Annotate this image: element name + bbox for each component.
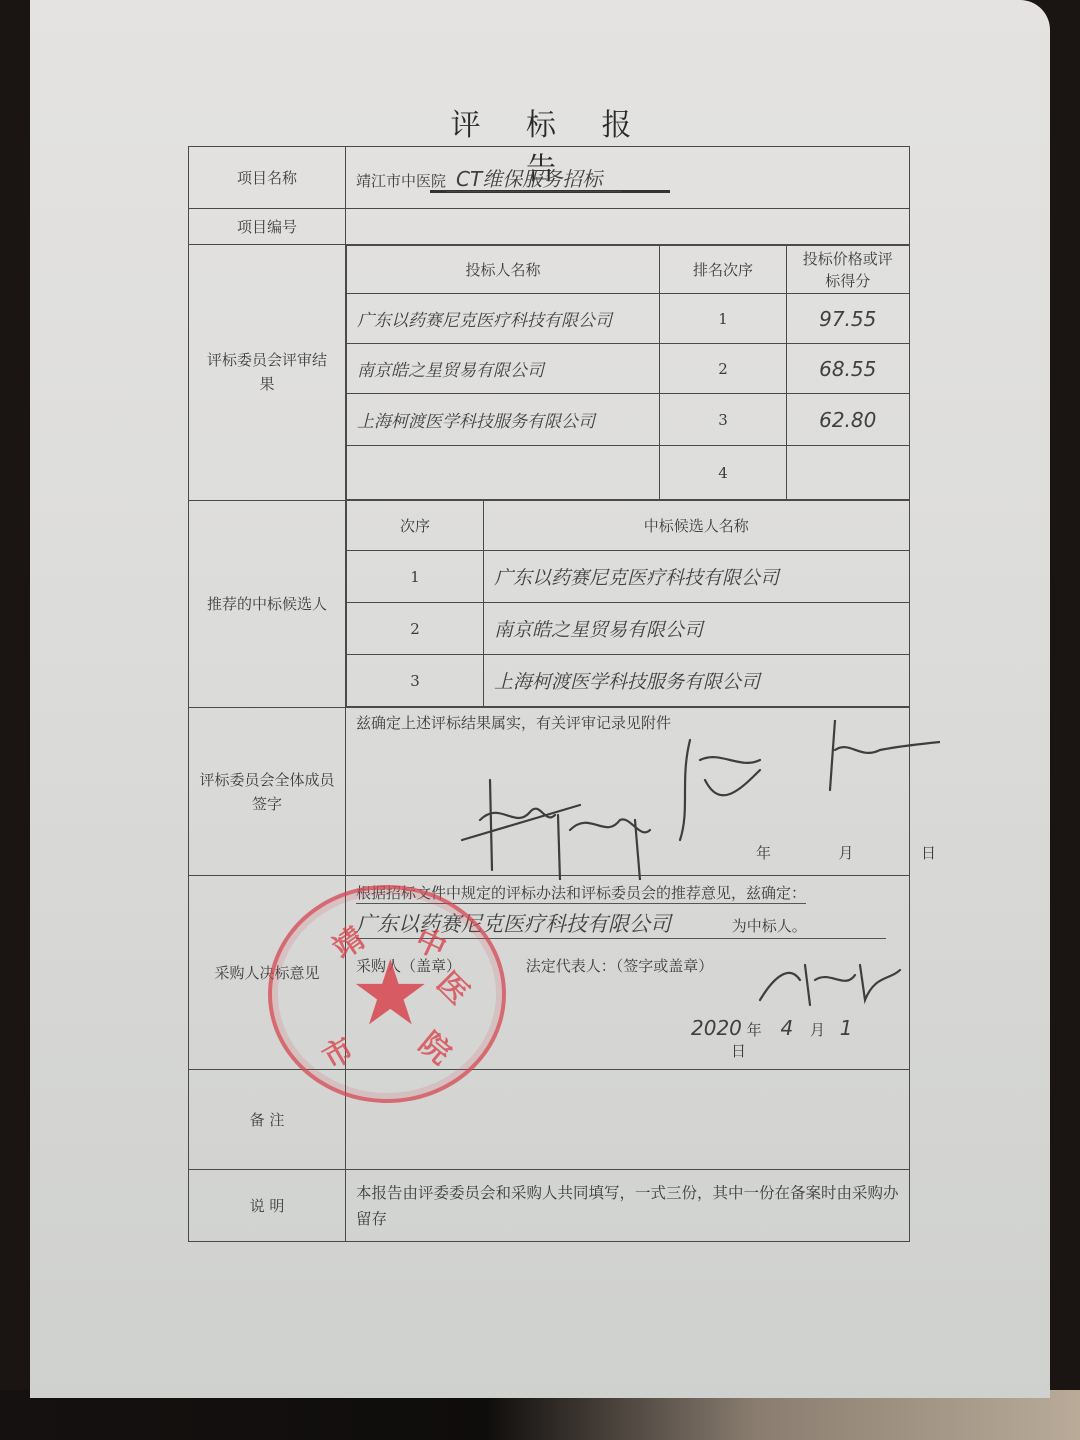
candidate-row: 1 广东以药赛尼克医疗科技有限公司 [347, 551, 910, 603]
project-number-row: 项目编号 [189, 209, 910, 245]
candidate-row: 3 上海柯渡医学科技服务有限公司 [347, 655, 910, 707]
seal-char: 医 [429, 960, 481, 1012]
candidate-name: 上海柯渡医学科技服务有限公司 [484, 655, 910, 707]
candidate-name: 广东以药赛尼克医疗科技有限公司 [484, 551, 910, 603]
evaluation-row: 4 [347, 446, 910, 500]
bidder-score: 97.55 [787, 294, 910, 344]
bidder-name: 南京皓之星贸易有限公司 [347, 344, 660, 394]
legal-rep-label: 法定代表人：（签字或盖章） [526, 957, 714, 975]
header-candidate-name: 中标候选人名称 [484, 501, 910, 551]
project-number-label: 项目编号 [189, 209, 346, 245]
evaluation-results-table: 投标人名称 排名次序 投标价格或评标得分 广东以药赛尼克医疗科技有限公司 1 9… [346, 245, 910, 500]
bidder-rank: 4 [660, 446, 787, 500]
project-number-field [346, 209, 910, 245]
legal-rep-signature [755, 955, 905, 1015]
notes-text: 本报告由评委委员会和采购人共同填写，一式三份，其中一份在备案时由采购办留存 [346, 1170, 910, 1242]
candidate-order: 2 [347, 603, 484, 655]
header-order: 次序 [347, 501, 484, 551]
bidder-rank: 2 [660, 344, 787, 394]
bidder-name [347, 446, 660, 500]
bidder-rank: 1 [660, 294, 787, 344]
header-score: 投标价格或评标得分 [787, 246, 910, 294]
seal-star-icon: ★ [350, 949, 431, 1039]
project-name-row: 项目名称 靖江市中医院CT维保服务招标 [189, 147, 910, 209]
evaluation-results-label: 评标委员会评审结果 [189, 245, 346, 501]
committee-signatures-label: 评标委员会全体成员签字 [189, 708, 346, 876]
date-month: 4 [780, 1016, 793, 1040]
bidder-score: 62.80 [787, 394, 910, 446]
evaluation-report-form: 项目名称 靖江市中医院CT维保服务招标 项目编号 评标委员会评审结果 投标人名称… [188, 146, 910, 1242]
header-bidder-name: 投标人名称 [347, 246, 660, 294]
remarks-row: 备 注 [189, 1070, 910, 1170]
project-name-handwritten: CT维保服务招标 [446, 167, 622, 192]
candidates-row: 推荐的中标候选人 次序 中标候选人名称 1 广东以药赛尼克医疗科技有限公司 2 … [189, 500, 910, 708]
bidder-name: 上海柯渡医学科技服务有限公司 [347, 394, 660, 446]
date-day-label: 日 [731, 1042, 746, 1060]
candidates-label: 推荐的中标候选人 [189, 500, 346, 708]
date-month-label: 月 [810, 1021, 825, 1039]
committee-signature-marks [440, 720, 940, 880]
candidates-table: 次序 中标候选人名称 1 广东以药赛尼克医疗科技有限公司 2 南京皓之星贸易有限… [346, 500, 910, 707]
candidate-name: 南京皓之星贸易有限公司 [484, 603, 910, 655]
project-name-field: 靖江市中医院CT维保服务招标 [346, 147, 910, 209]
bidder-rank: 3 [660, 394, 787, 446]
date-year-label: 年 [747, 1021, 762, 1039]
evaluation-row: 广东以药赛尼克医疗科技有限公司 1 97.55 [347, 294, 910, 344]
bidder-score: 68.55 [787, 344, 910, 394]
evaluation-row: 上海柯渡医学科技服务有限公司 3 62.80 [347, 394, 910, 446]
decision-date: 2020 年 4 月 1 日 [691, 1016, 909, 1061]
header-rank: 排名次序 [660, 246, 787, 294]
candidate-order: 3 [347, 655, 484, 707]
date-day: 1 [840, 1016, 853, 1040]
candidate-order: 1 [347, 551, 484, 603]
bidder-name: 广东以药赛尼克医疗科技有限公司 [347, 294, 660, 344]
notes-row: 说 明 本报告由评委委员会和采购人共同填写，一式三份，其中一份在备案时由采购办留… [189, 1170, 910, 1242]
official-seal: ★ 靖 中 医 市 院 [268, 885, 506, 1103]
project-name-label: 项目名称 [189, 147, 346, 209]
evaluation-row: 南京皓之星贸易有限公司 2 68.55 [347, 344, 910, 394]
evaluation-results-row: 评标委员会评审结果 投标人名称 排名次序 投标价格或评标得分 广东以药赛尼克医疗… [189, 245, 910, 501]
bidder-score [787, 446, 910, 500]
candidate-row: 2 南京皓之星贸易有限公司 [347, 603, 910, 655]
winner-suffix: 为中标人。 [732, 917, 807, 935]
date-year: 2020 [691, 1016, 742, 1040]
notes-label: 说 明 [189, 1170, 346, 1242]
project-name-printed: 靖江市中医院 [356, 172, 446, 190]
